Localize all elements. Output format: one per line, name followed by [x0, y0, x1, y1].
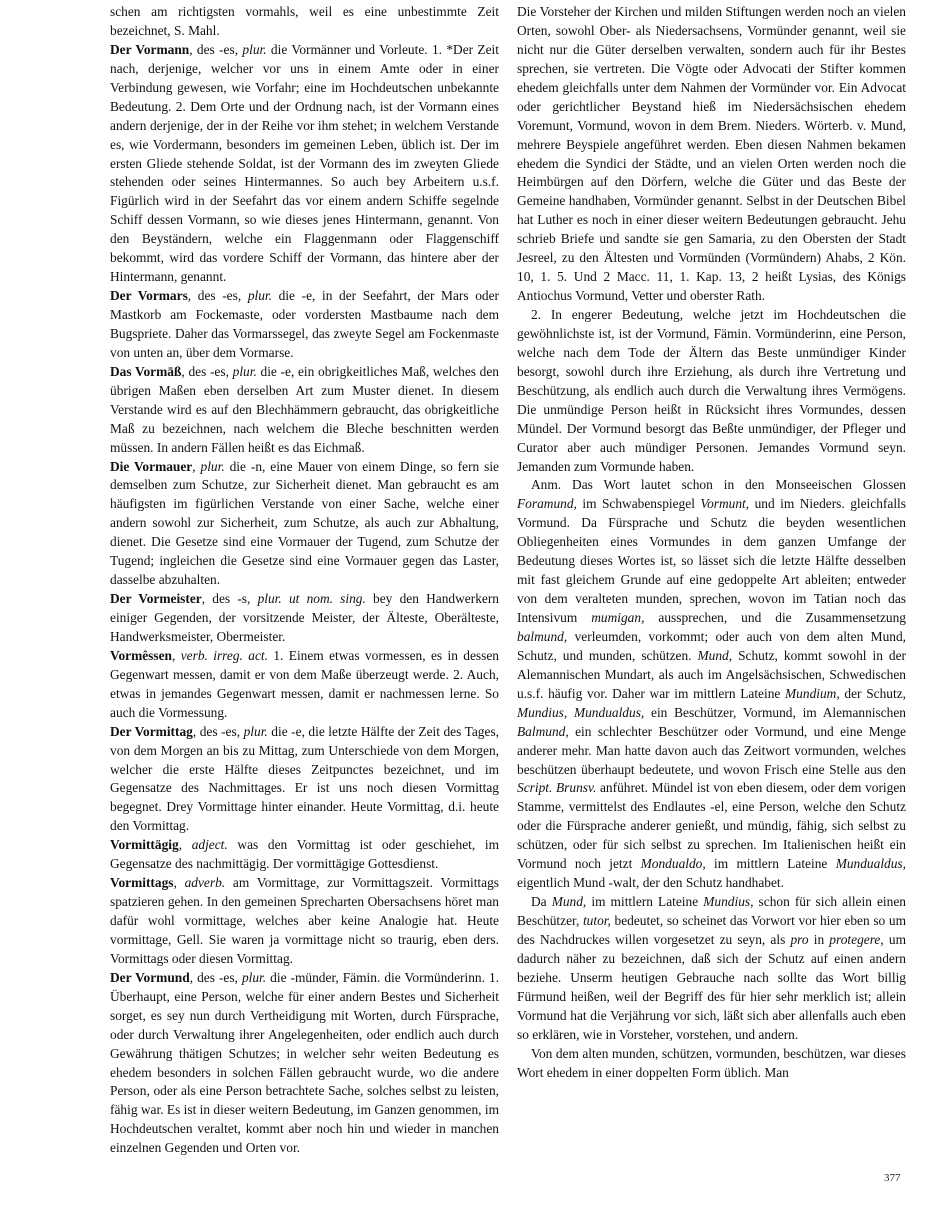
text: die -münder, Fämin. die Vormün­derinn. 1…: [110, 970, 499, 1155]
italic-term: Mundius, Mundualdus,: [517, 705, 644, 720]
left-column: schen am richtigsten vormahls, weil es e…: [110, 3, 499, 1158]
headword: Die Vormauer: [110, 459, 192, 474]
italic-term: Script. Brunsv.: [517, 780, 596, 795]
text: im mittlern Lateine: [706, 856, 836, 871]
italic-term: Mundium,: [785, 686, 840, 701]
headword: Der Vormeister: [110, 591, 202, 606]
italic-term: Mondualdo,: [641, 856, 706, 871]
italic-term: plur.: [248, 288, 272, 303]
dictionary-entry: Das Vormāß, des -es, plur. die -e, ein o…: [110, 363, 499, 458]
italic-term: protegere,: [829, 932, 883, 947]
text: schen am richtigsten vormahls, weil es e…: [110, 4, 499, 38]
italic-term: plur.: [244, 724, 268, 739]
text: ,: [192, 459, 200, 474]
text: Von dem alten munden, schützen, vormunde…: [517, 1046, 906, 1080]
right-column: Die Vorsteher der Kirchen und milden Sti…: [517, 3, 906, 1082]
dictionary-entry: Vormittägig, adject. was den Vormittag i…: [110, 836, 499, 874]
text: ein Beschützer, Vormund, im Alemannische…: [644, 705, 906, 720]
italic-term: plur.: [242, 970, 266, 985]
text: die -e, die letzte Hälfte der Zeit des T…: [110, 724, 499, 834]
text: die Vormänner und Vorleute. 1. *Der Zeit…: [110, 42, 499, 284]
text: ,: [179, 837, 192, 852]
text: , des -es,: [189, 42, 242, 57]
dictionary-entry: Der Vormittag, des -es, plur. die -e, di…: [110, 723, 499, 837]
italic-term: plur.: [201, 459, 225, 474]
text: ein schlechter Beschützer oder Vor­mund,…: [517, 724, 906, 777]
italic-term: mumigan,: [591, 610, 644, 625]
italic-term: verb. irreg. act.: [181, 648, 268, 663]
text: die -n, eine Mauer von einem Dinge, so f…: [110, 459, 499, 588]
dictionary-entry: Der Vormars, des -es, plur. die -e, in d…: [110, 287, 499, 363]
text: in: [809, 932, 830, 947]
italic-term: Mund,: [698, 648, 733, 663]
text: um dadurch näher zu bezeichnen, daß sich…: [517, 932, 906, 1042]
text: ,: [173, 875, 184, 890]
dictionary-entry: Vormêssen, verb. irreg. act. 1. Einem et…: [110, 647, 499, 723]
text: , des -s,: [202, 591, 258, 606]
text: ,: [172, 648, 181, 663]
headword: Der Vormann: [110, 42, 189, 57]
italic-term: Mund,: [552, 894, 587, 909]
paragraph: Von dem alten munden, schützen, vormunde…: [517, 1045, 906, 1083]
headword: Vormittags: [110, 875, 173, 890]
paragraph: Die Vorsteher der Kirchen und milden Sti…: [517, 3, 906, 306]
italic-term: Vormunt,: [700, 496, 749, 511]
page-number: 377: [884, 1172, 901, 1184]
headword: Der Vormars: [110, 288, 188, 303]
text: Die Vorsteher der Kirchen und milden Sti…: [517, 4, 906, 303]
text: , des -es,: [190, 970, 242, 985]
italic-term: Balmund,: [517, 724, 569, 739]
paragraph: schen am richtigsten vormahls, weil es e…: [110, 3, 499, 41]
dictionary-entry: Die Vormauer, plur. die -n, eine Mauer v…: [110, 458, 499, 591]
italic-term: plur. ut nom. sing.: [258, 591, 366, 606]
text: eigentlich Mund -walt, der den Schutz ha…: [517, 875, 784, 890]
italic-term: Mundius,: [703, 894, 753, 909]
dictionary-entry: Der Vormund, des -es, plur. die -münder,…: [110, 969, 499, 1158]
text: im Schwabenspiegel: [577, 496, 701, 511]
italic-term: pro: [790, 932, 808, 947]
dictionary-entry: Der Vormann, des -es, plur. die Vormänne…: [110, 41, 499, 287]
headword: Der Vormund: [110, 970, 190, 985]
italic-term: tutor,: [583, 913, 611, 928]
headword: Vormittägig: [110, 837, 179, 852]
italic-term: plur.: [242, 42, 266, 57]
text: , des -es,: [181, 364, 232, 379]
dictionary-entry: Vormittags, adverb. am Vormittage, zur V…: [110, 874, 499, 969]
text: im mittlern Lateine: [586, 894, 703, 909]
paragraph: Anm. Das Wort lautet schon in den Monsee…: [517, 476, 906, 893]
text: 2. In engerer Bedeutung, welche jetzt im…: [517, 307, 906, 474]
text: , des -es,: [193, 724, 244, 739]
italic-term: plur.: [233, 364, 257, 379]
text: , des -es,: [188, 288, 248, 303]
text: Da: [531, 894, 552, 909]
italic-term: balmund,: [517, 629, 567, 644]
italic-term: Mundualdus,: [836, 856, 906, 871]
text: der Schutz,: [840, 686, 906, 701]
text: aussprechen, und die Zusammensetzung: [644, 610, 906, 625]
text: Anm. Das Wort lautet schon in den Monsee…: [531, 477, 906, 492]
italic-term: Foramund,: [517, 496, 577, 511]
paragraph: 2. In engerer Bedeutung, welche jetzt im…: [517, 306, 906, 476]
headword: Das Vormāß: [110, 364, 181, 379]
headword: Der Vormittag: [110, 724, 193, 739]
italic-term: adject.: [192, 837, 228, 852]
paragraph: Da Mund, im mittlern Lateine Mundius, sc…: [517, 893, 906, 1045]
italic-term: adverb.: [185, 875, 226, 890]
dictionary-entry: Der Vormeister, des -s, plur. ut nom. si…: [110, 590, 499, 647]
text: und im Nieders. gleichfalls Vormund. Da …: [517, 496, 906, 625]
headword: Vormêssen: [110, 648, 172, 663]
